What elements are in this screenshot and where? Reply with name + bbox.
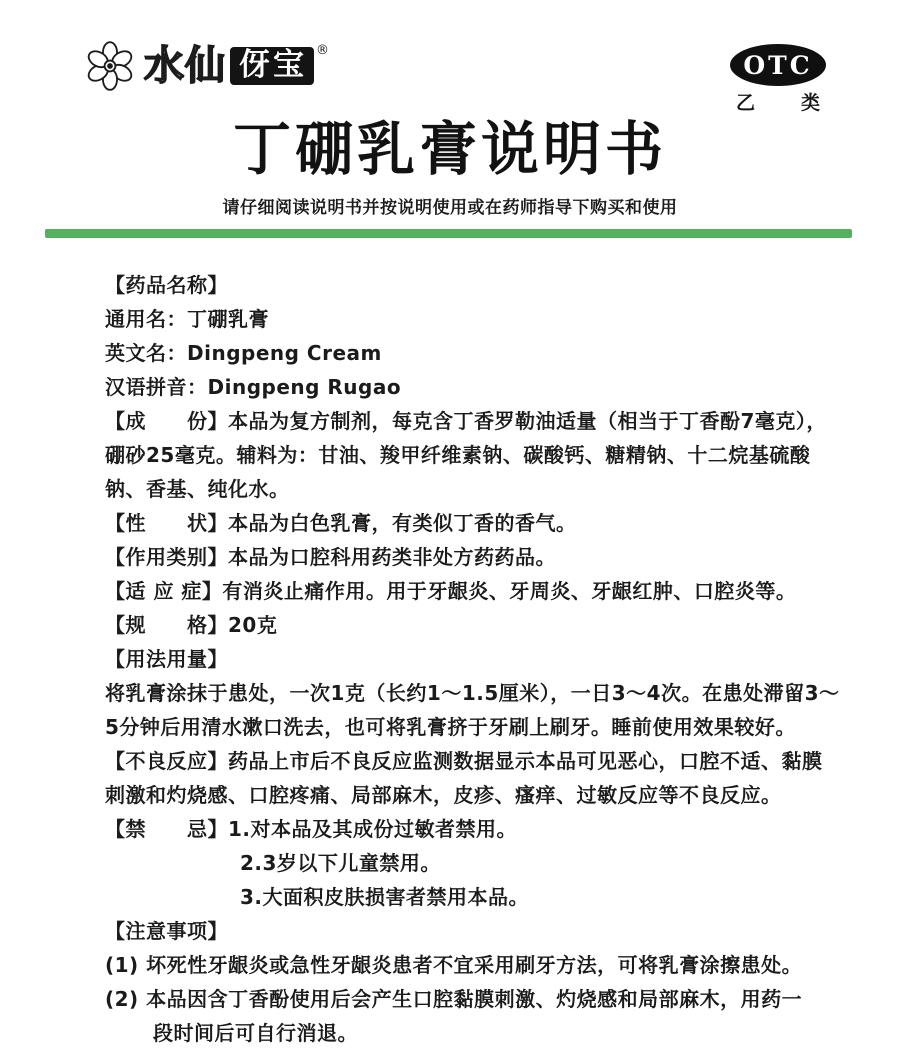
leaflet-line: 段时间后可自行消退。 [105, 1016, 814, 1050]
registered-trademark-icon: ® [316, 43, 329, 58]
leaflet-line: 钠、香基、纯化水。 [105, 472, 814, 506]
leaflet-line: 汉语拼音：Dingpeng Rugao [105, 370, 814, 404]
brand-name: 水仙 伢宝 ® [144, 46, 327, 86]
leaflet-line: 【不良反应】药品上市后不良反应监测数据显示本品可见恶心，口腔不适、黏膜 [105, 744, 814, 778]
leaflet-line: 【作用类别】本品为口腔科用药类非处方药药品。 [105, 540, 814, 574]
leaflet-line: 【禁 忌】1.对本品及其成份过敏者禁用。 [105, 812, 814, 846]
brand-logo: 水仙 伢宝 ® [84, 40, 327, 92]
leaflet-line: (2) 本品因含丁香酚使用后会产生口腔黏膜刺激、灼烧感和局部麻木，用药一 [105, 982, 814, 1016]
leaflet-line: 5分钟后用清水漱口洗去，也可将乳膏挤于牙刷上刷牙。睡前使用效果较好。 [105, 710, 814, 744]
leaflet-line: 2.3岁以下儿童禁用。 [105, 846, 814, 880]
page-subtitle: 请仔细阅读说明书并按说明使用或在药师指导下购买和使用 [0, 193, 900, 218]
green-divider [45, 229, 852, 238]
leaflet-line: (1) 坏死性牙龈炎或急性牙龈炎患者不宜采用刷牙方法，可将乳膏涂擦患处。 [105, 948, 814, 982]
leaflet-line: 【规 格】20克 [105, 608, 814, 642]
leaflet-line: 硼砂25毫克。辅料为：甘油、羧甲纤维素钠、碳酸钙、糖精钠、十二烷基硫酸 [105, 438, 814, 472]
leaflet-line: 英文名：Dingpeng Cream [105, 336, 814, 370]
narcissus-flower-icon [84, 40, 136, 92]
leaflet-line: 【药品名称】 [105, 268, 814, 302]
leaflet-line: 3.大面积皮肤损害者禁用本品。 [105, 880, 814, 914]
leaflet-line: 通用名：丁硼乳膏 [105, 302, 814, 336]
otc-label: OTC [743, 52, 812, 78]
brand-name-boxed: 伢宝 [230, 47, 314, 85]
page-title: 丁硼乳膏说明书 [0, 102, 900, 186]
leaflet-line: 【成 份】本品为复方制剂，每克含丁香罗勒油适量（相当于丁香酚7毫克）， [105, 404, 814, 438]
leaflet-line: 【性 状】本品为白色乳膏，有类似丁香的香气。 [105, 506, 814, 540]
leaflet-line: 将乳膏涂抹于患处，一次1克（长约1～1.5厘米），一日3～4次。在患处滞留3～ [105, 676, 814, 710]
leaflet-line: 【注意事项】 [105, 914, 814, 948]
otc-ellipse: OTC [730, 44, 826, 86]
leaflet-line: 【用法用量】 [105, 642, 814, 676]
leaflet-body: 【药品名称】通用名：丁硼乳膏英文名：Dingpeng Cream汉语拼音：Din… [105, 268, 814, 1050]
leaflet-line: 【适 应 症】有消炎止痛作用。用于牙龈炎、牙周炎、牙龈红肿、口腔炎等。 [105, 574, 814, 608]
leaflet-line: 刺激和灼烧感、口腔疼痛、局部麻木，皮疹、瘙痒、过敏反应等不良反应。 [105, 778, 814, 812]
brand-name-outline: 水仙 [144, 46, 226, 86]
leaflet-page: 水仙 伢宝 ® OTC 乙 类 丁硼乳膏说明书 请仔细阅读说明书并按说明使用或在… [0, 0, 900, 1062]
